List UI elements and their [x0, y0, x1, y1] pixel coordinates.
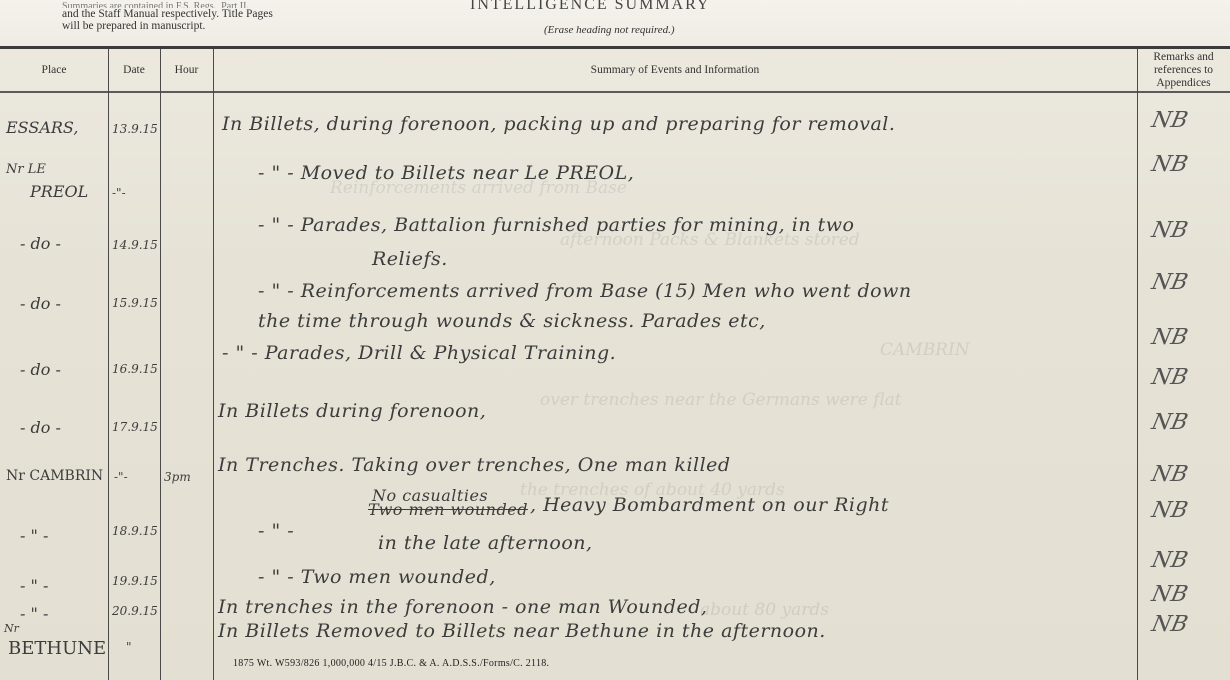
entry-date: 19.9.15	[112, 574, 158, 588]
entry-place: - do -	[20, 360, 61, 379]
column-header-summary: Summary of Events and Information	[213, 49, 1137, 91]
remark-initials: NB	[1149, 582, 1190, 607]
entry-summary: - " - Moved to Billets near Le PREOL,	[258, 162, 634, 184]
entry-summary-continued: in the late afternoon,	[378, 532, 593, 554]
entry-place-line-1: Nr	[4, 622, 19, 635]
remarks-header-line-1: Remarks and	[1153, 51, 1213, 64]
remark-initials: NB	[1149, 365, 1190, 390]
remark-initials: NB	[1149, 498, 1190, 523]
entry-summary: In Billets Removed to Billets near Bethu…	[218, 620, 826, 642]
remark-initials: NB	[1149, 218, 1190, 243]
column-header-remarks: Remarks and references to Appendices	[1137, 49, 1230, 91]
entry-place: - " -	[20, 526, 48, 545]
column-divider	[1137, 49, 1138, 680]
column-header-place: Place	[0, 49, 108, 91]
entry-date: 14.9.15	[112, 238, 158, 252]
remarks-header-line-2: references to	[1154, 64, 1213, 77]
entry-date: 15.9.15	[112, 296, 158, 310]
instructions-line-2: will be prepared in manuscript.	[62, 20, 342, 32]
remark-initials: NB	[1149, 152, 1190, 177]
remark-initials: NB	[1149, 270, 1190, 295]
entry-summary-continued: , Heavy Bombardment on our Right	[530, 494, 889, 516]
remark-initials: NB	[1149, 612, 1190, 637]
column-divider	[213, 49, 214, 680]
remark-initials: NB	[1149, 462, 1190, 487]
form-subtitle: (Erase heading not required.)	[544, 24, 675, 36]
column-header-date: Date	[108, 49, 160, 91]
entry-hour: 3pm	[164, 470, 191, 484]
entry-place-line-2: PREOL	[30, 182, 88, 201]
entry-place: - " -	[20, 604, 48, 623]
bleed-through-text: CAMBRIN	[880, 340, 970, 360]
remark-initials: NB	[1149, 108, 1190, 133]
entry-summary: In Billets, during forenoon, packing up …	[222, 113, 895, 135]
entry-date: 18.9.15	[112, 524, 158, 538]
entry-date: 13.9.15	[112, 122, 158, 136]
entry-date: 20.9.15	[112, 604, 158, 618]
remarks-header-line-3: Appendices	[1156, 77, 1210, 90]
entry-summary: - " - Reinforcements arrived from Base (…	[258, 280, 912, 302]
column-header-hour: Hour	[160, 49, 213, 91]
entry-place-line-1: Nr LE	[6, 162, 46, 177]
entry-date: -"-	[112, 186, 126, 200]
entry-summary: In trenches in the forenoon - one man Wo…	[218, 596, 707, 618]
entry-place: - do -	[20, 294, 61, 313]
entry-date: 16.9.15	[112, 362, 158, 376]
entry-summary-continued: Reliefs.	[372, 248, 448, 270]
remark-initials: NB	[1149, 410, 1190, 435]
instructions-line-1: and the Staff Manual respectively. Title…	[62, 8, 342, 20]
entry-date: 17.9.15	[112, 420, 158, 434]
entry-summary: - " -	[258, 520, 294, 542]
header-rule	[0, 91, 1230, 93]
war-diary-page: Summaries are contained in F.S. Regs., P…	[0, 0, 1230, 680]
entry-summary: - " - Two men wounded,	[258, 566, 496, 588]
entry-place: - do -	[20, 418, 61, 437]
entry-summary: In Trenches. Taking over trenches, One m…	[218, 454, 731, 476]
bleed-through-text: about 80 yards	[700, 600, 829, 620]
remark-initials: NB	[1149, 548, 1190, 573]
remark-initials: NB	[1149, 325, 1190, 350]
entry-place: ESSARS,	[6, 118, 78, 137]
bleed-through-text: over trenches near the Germans were flat	[540, 390, 902, 410]
entry-place: - do -	[20, 234, 61, 253]
form-instructions: Summaries are contained in F.S. Regs., P…	[62, 2, 342, 32]
entry-place: Nr CAMBRIN	[6, 468, 103, 484]
entry-date: "	[126, 640, 132, 654]
entry-summary-continued: the time through wounds & sickness. Para…	[258, 310, 766, 332]
entry-place: - " -	[20, 576, 48, 595]
entry-summary: - " - Parades, Drill & Physical Training…	[222, 342, 616, 364]
entry-summary: - " - Parades, Battalion furnished parti…	[258, 214, 854, 236]
form-title: INTELLIGENCE SUMMARY	[470, 0, 790, 14]
entry-date: -"-	[114, 470, 128, 484]
column-divider	[108, 49, 109, 680]
entry-summary: In Billets during forenoon,	[218, 400, 486, 422]
entry-place-line-2: BETHUNE	[8, 638, 106, 659]
column-divider	[160, 49, 161, 680]
form-print-reference: 1875 Wt. W593/826 1,000,000 4/15 J.B.C. …	[233, 658, 549, 669]
entry-summary-struck: Two men wounded	[368, 500, 528, 519]
